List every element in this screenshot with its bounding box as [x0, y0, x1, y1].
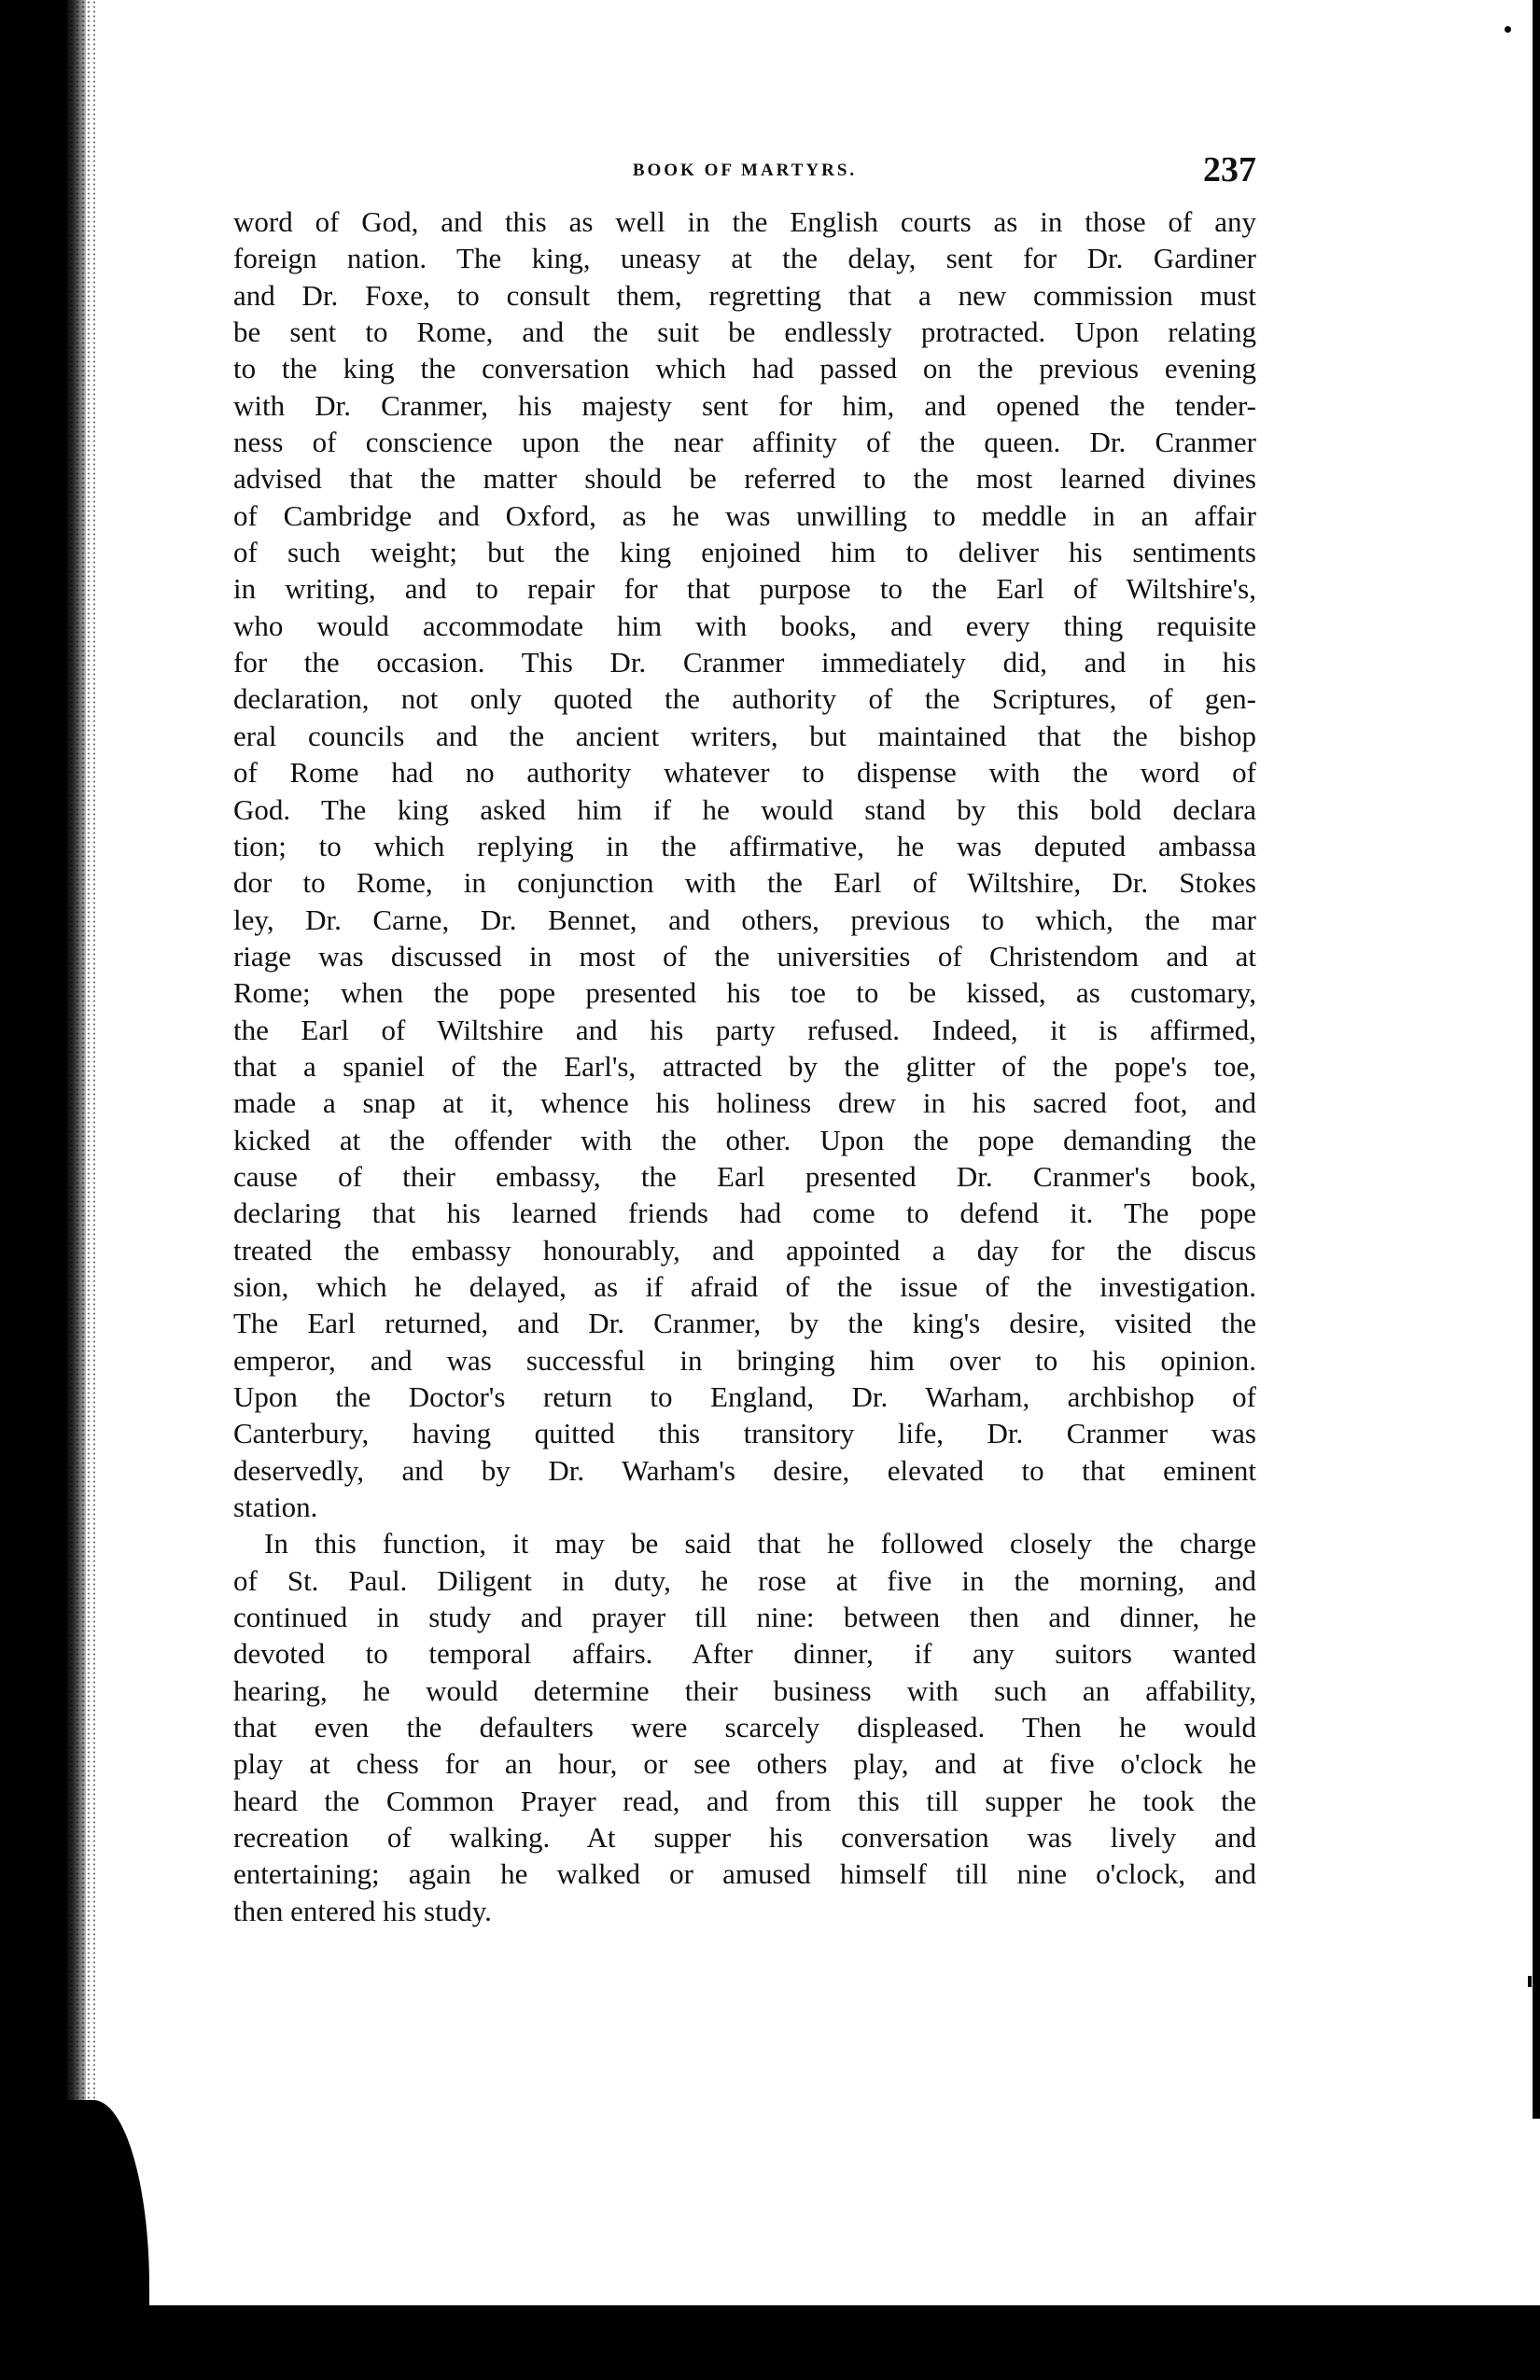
text-line: of St. Paul. Diligent in duty, he rose a… — [233, 1562, 1256, 1599]
text-line: then entered his study. — [233, 1893, 1256, 1929]
text-line: be sent to Rome, and the suit be endless… — [233, 314, 1256, 350]
running-title: BOOK OF MARTYRS. — [233, 161, 1256, 181]
text-line: treated the embassy honourably, and appo… — [233, 1232, 1256, 1268]
text-line: play at chess for an hour, or see others… — [233, 1745, 1256, 1782]
text-line: sion, which he delayed, as if afraid of … — [233, 1268, 1256, 1305]
text-line: continued in study and prayer till nine:… — [233, 1599, 1256, 1635]
text-line: emperor, and was successful in bringing … — [233, 1342, 1256, 1379]
text-line: kicked at the offender with the other. U… — [233, 1122, 1256, 1158]
text-line: of such weight; but the king enjoined hi… — [233, 534, 1256, 570]
text-line: word of God, and this as well in the Eng… — [233, 203, 1256, 240]
running-head: BOOK OF MARTYRS. 237 — [233, 149, 1256, 196]
scan-speck — [1528, 1976, 1532, 1987]
paragraph: word of God, and this as well in the Eng… — [233, 203, 1256, 1525]
text-line: that even the defaulters were scarcely d… — [233, 1709, 1256, 1745]
body-text: word of God, and this as well in the Eng… — [233, 203, 1256, 1929]
text-line: cause of their embassy, the Earl present… — [233, 1158, 1256, 1195]
text-line: tion; to which replying in the affirmati… — [233, 828, 1256, 864]
text-line: In this function, it may be said that he… — [233, 1525, 1256, 1561]
text-line: to the king the conversation which had p… — [233, 350, 1256, 386]
paragraph: In this function, it may be said that he… — [233, 1525, 1256, 1929]
text-line: Canterbury, having quitted this transito… — [233, 1415, 1256, 1451]
text-line: foreign nation. The king, uneasy at the … — [233, 240, 1256, 276]
text-line: recreation of walking. At supper his con… — [233, 1819, 1256, 1855]
text-line: The Earl returned, and Dr. Cranmer, by t… — [233, 1305, 1256, 1341]
scan-speck — [1505, 26, 1511, 33]
text-line: devoted to temporal affairs. After dinne… — [233, 1635, 1256, 1672]
text-line: with Dr. Cranmer, his majesty sent for h… — [233, 387, 1256, 424]
text-line: made a snap at it, whence his holiness d… — [233, 1085, 1256, 1121]
text-line: deservedly, and by Dr. Warham's desire, … — [233, 1452, 1256, 1489]
scan-binding-speckle — [58, 0, 95, 2380]
scan-bottom-left-shadow — [0, 2100, 149, 2315]
text-line: of Rome had no authority whatever to dis… — [233, 754, 1256, 791]
scan-right-edge — [1533, 0, 1540, 2119]
text-line: the Earl of Wiltshire and his party refu… — [233, 1012, 1256, 1048]
page-number: 237 — [1203, 149, 1256, 190]
text-line: in writing, and to repair for that purpo… — [233, 570, 1256, 607]
text-line: Upon the Doctor's return to England, Dr.… — [233, 1379, 1256, 1415]
text-line: and Dr. Foxe, to consult them, regrettin… — [233, 277, 1256, 314]
text-line: declaring that his learned friends had c… — [233, 1195, 1256, 1231]
text-line: declaration, not only quoted the authori… — [233, 680, 1256, 717]
scan-bottom-edge — [0, 2305, 1540, 2380]
text-line: riage was discussed in most of the unive… — [233, 938, 1256, 974]
text-line: dor to Rome, in conjunction with the Ear… — [233, 864, 1256, 901]
text-line: entertaining; again he walked or amused … — [233, 1855, 1256, 1892]
text-line: who would accommodate him with books, an… — [233, 608, 1256, 644]
text-line: eral councils and the ancient writers, b… — [233, 718, 1256, 754]
text-line: heard the Common Prayer read, and from t… — [233, 1783, 1256, 1819]
text-line: ley, Dr. Carne, Dr. Bennet, and others, … — [233, 902, 1256, 938]
text-line: hearing, he would determine their busine… — [233, 1673, 1256, 1709]
text-line: Rome; when the pope presented his toe to… — [233, 974, 1256, 1011]
text-line: for the occasion. This Dr. Cranmer immed… — [233, 644, 1256, 680]
text-line: station. — [233, 1489, 1256, 1525]
text-line: advised that the matter should be referr… — [233, 460, 1256, 497]
text-line: God. The king asked him if he would stan… — [233, 791, 1256, 828]
text-line: ness of conscience upon the near affinit… — [233, 424, 1256, 460]
text-line: of Cambridge and Oxford, as he was unwil… — [233, 497, 1256, 534]
text-line: that a spaniel of the Earl's, attracted … — [233, 1048, 1256, 1085]
